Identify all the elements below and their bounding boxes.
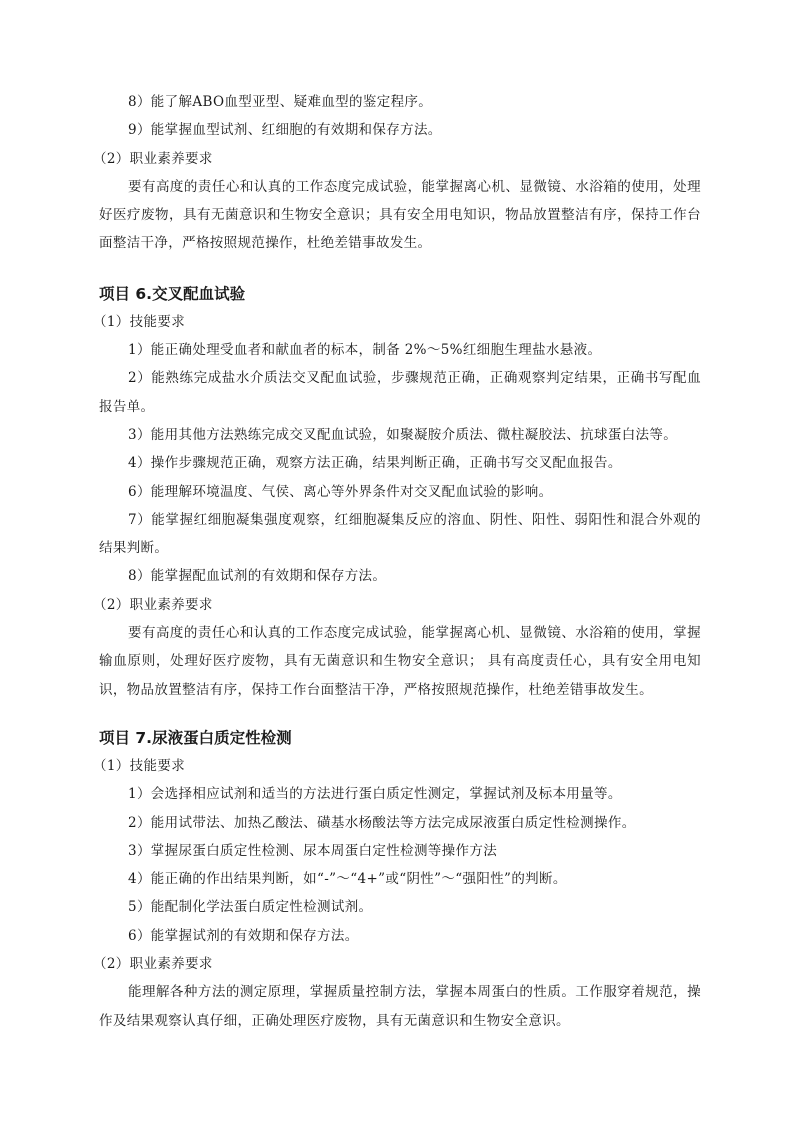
list-item: 6）能理解环境温度、气侯、离心等外界条件对交叉配血试验的影响。 <box>99 478 701 506</box>
list-item: 3）掌握尿蛋白质定性检测、尿本周蛋白定性检测等操作方法 <box>99 837 701 865</box>
section-title-project-7: 项目 7.尿液蛋白质定性检测 <box>99 724 701 752</box>
list-item: 7）能掌握红细胞凝集强度观察，红细胞凝集反应的溶血、阴性、阳性、弱阳性和混合外观… <box>99 506 701 563</box>
subheading-skills: （1）技能要求 <box>93 308 701 336</box>
list-item: 5）能配制化学法蛋白质定性检测试剂。 <box>99 893 701 921</box>
list-item: 6）能掌握试剂的有效期和保存方法。 <box>99 922 701 950</box>
list-item: 9）能掌握血型试剂、红细胞的有效期和保存方法。 <box>99 116 701 144</box>
list-item: 2）能熟练完成盐水介质法交叉配血试验，步骤规范正确，正确观察判定结果，正确书写配… <box>99 364 701 421</box>
list-item: 3）能用其他方法熟练完成交叉配血试验，如聚凝胺介质法、微柱凝胶法、抗球蛋白法等。 <box>99 421 701 449</box>
paragraph: 要有高度的责任心和认真的工作态度完成试验，能掌握离心机、显微镜、水浴箱的使用，掌… <box>99 619 701 704</box>
subheading-professional: （2）职业素养要求 <box>93 591 701 619</box>
document-page: 8）能了解ABO血型亚型、疑难血型的鉴定程序。 9）能掌握血型试剂、红细胞的有效… <box>99 88 701 1035</box>
paragraph: 要有高度的责任心和认真的工作态度完成试验，能掌握离心机、显微镜、水浴箱的使用，处… <box>99 173 701 258</box>
list-item: 2）能用试带法、加热乙酸法、磺基水杨酸法等方法完成尿液蛋白质定性检测操作。 <box>99 809 701 837</box>
list-item: 4）操作步骤规范正确，观察方法正确，结果判断正确，正确书写交叉配血报告。 <box>99 449 701 477</box>
section-title-project-6: 项目 6.交叉配血试验 <box>99 280 701 308</box>
subheading-skills: （1）技能要求 <box>93 752 701 780</box>
list-item: 4）能正确的作出结果判断，如“-”～“4+”或“阴性”～“强阳性”的判断。 <box>99 865 701 893</box>
subheading-professional: （2）职业素养要求 <box>93 950 701 978</box>
list-item: 8）能了解ABO血型亚型、疑难血型的鉴定程序。 <box>99 88 701 116</box>
list-item: 1）能正确处理受血者和献血者的标本，制备 2%～5%红细胞生理盐水悬液。 <box>99 336 701 364</box>
list-item: 1）会选择相应试剂和适当的方法进行蛋白质定性测定，掌握试剂及标本用量等。 <box>99 780 701 808</box>
subheading-professional: （2）职业素养要求 <box>93 145 701 173</box>
list-item: 8）能掌握配血试剂的有效期和保存方法。 <box>99 562 701 590</box>
paragraph: 能理解各种方法的测定原理，掌握质量控制方法，掌握本周蛋白的性质。工作服穿着规范，… <box>99 978 701 1035</box>
